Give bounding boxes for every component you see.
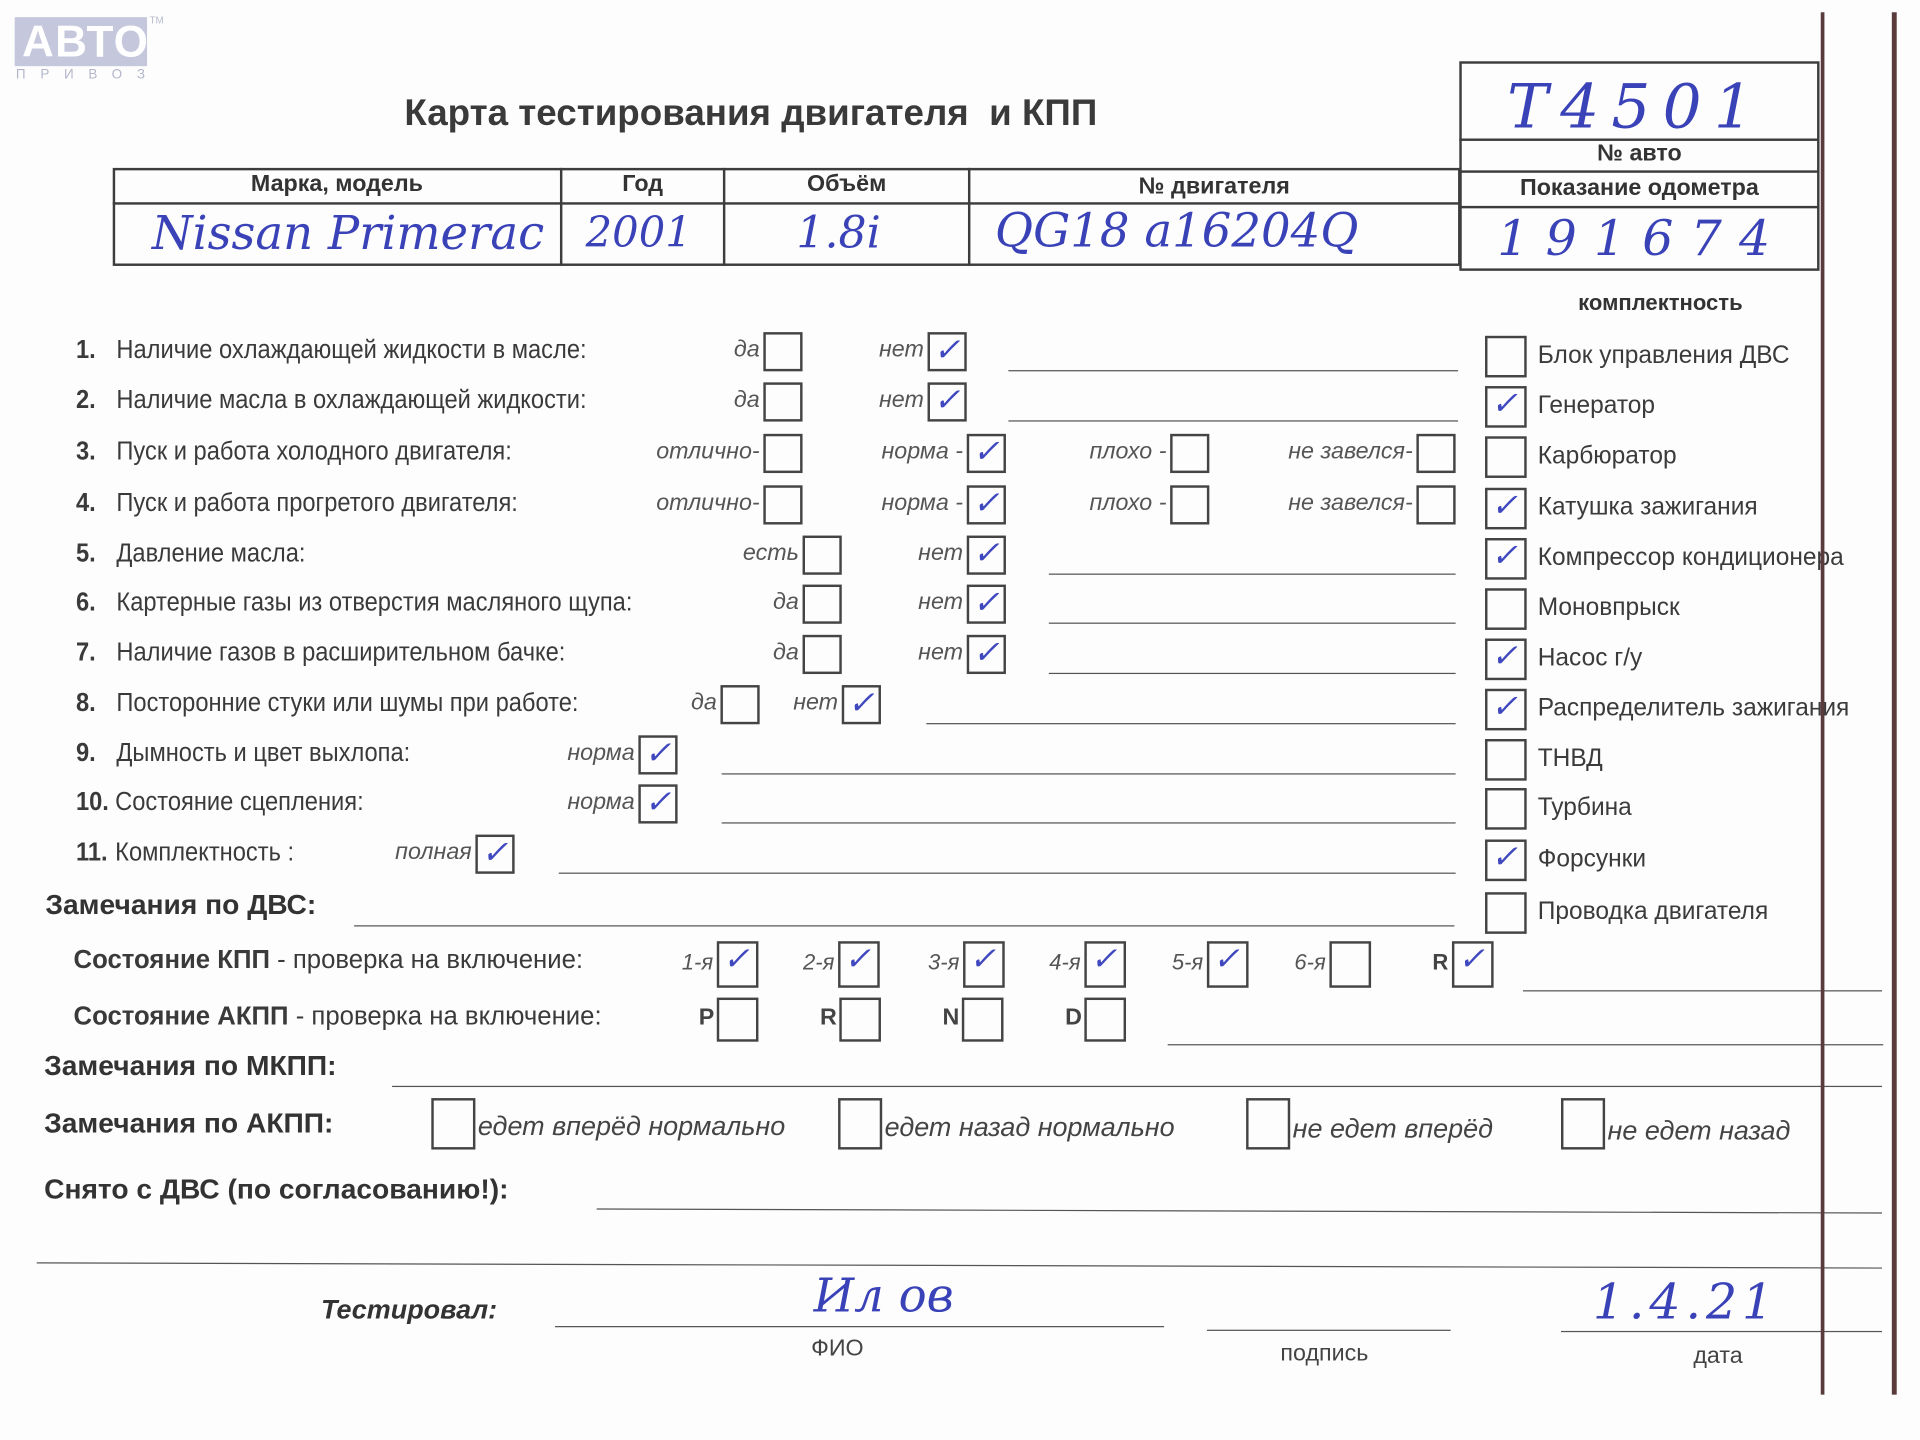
tester-name-value[interactable]: Ил ов — [814, 1268, 954, 1322]
completeness-checkbox[interactable] — [1485, 788, 1527, 830]
option-label: не завелся- — [1262, 439, 1413, 466]
akpp-remark-label: едет назад нормально — [885, 1112, 1175, 1144]
plate-number-value[interactable]: Т4501 — [1507, 71, 1765, 142]
volume-value[interactable]: 1.8i — [796, 208, 880, 258]
gear-label: 1-я — [662, 950, 713, 976]
date-line[interactable] — [1561, 1331, 1882, 1332]
mode-checkbox[interactable] — [1084, 998, 1126, 1042]
mode-label: R — [809, 1005, 837, 1032]
option-label: норма — [551, 789, 634, 816]
date-value[interactable]: 1.4.21 — [1593, 1275, 1778, 1331]
mode-checkbox[interactable] — [717, 998, 759, 1042]
question-number: 5. — [76, 539, 96, 568]
question-label: Пуск и работа прогретого двигателя: — [116, 489, 517, 518]
completeness-item-label: Турбина — [1538, 794, 1632, 822]
akpp-remarks-label: Замечания по АКПП: — [44, 1107, 333, 1140]
option-label: норма - — [858, 439, 963, 466]
option-label: нет — [901, 589, 963, 616]
option-checkbox[interactable] — [1170, 434, 1209, 473]
question-label: Наличие масла в охлаждающей жидкости: — [116, 386, 586, 415]
name-line[interactable] — [555, 1326, 1164, 1327]
remarks-line[interactable] — [926, 723, 1455, 724]
page-title: Карта тестирования двигателя и КПП — [404, 93, 1097, 135]
divider — [37, 1262, 1882, 1268]
question-number: 3. — [76, 438, 96, 467]
handwritten-check-icon: ✓ — [973, 488, 1000, 520]
name-caption: ФИО — [811, 1336, 864, 1363]
handwritten-check-icon: ✓ — [1090, 944, 1117, 976]
handwritten-check-icon: ✓ — [482, 837, 509, 869]
handwritten-check-icon: ✓ — [934, 335, 961, 367]
date-caption: дата — [1693, 1343, 1742, 1370]
question-number: 6. — [76, 588, 96, 617]
signature-line[interactable] — [1207, 1330, 1451, 1331]
option-checkbox[interactable] — [763, 382, 802, 421]
handwritten-check-icon: ✓ — [973, 538, 1000, 570]
completeness-item-label: Моновпрыск — [1538, 594, 1680, 622]
option-checkbox[interactable] — [763, 434, 802, 473]
mode-checkbox[interactable] — [839, 998, 881, 1042]
akpp-remark-checkbox[interactable] — [1246, 1098, 1290, 1149]
completeness-item-label: Генератор — [1538, 392, 1655, 420]
mode-label: D — [1054, 1005, 1082, 1032]
odometer-label: Показание одометра — [1459, 175, 1819, 202]
akpp-remarks-line[interactable] — [1168, 1044, 1884, 1045]
gear-label: 6-я — [1274, 950, 1325, 976]
plate-number-label: № авто — [1459, 141, 1819, 168]
handwritten-check-icon: ✓ — [1491, 540, 1518, 572]
gear-label: 5-я — [1152, 950, 1203, 976]
remarks-line[interactable] — [1049, 574, 1456, 575]
handwritten-check-icon: ✓ — [723, 944, 750, 976]
akpp-remark-checkbox[interactable] — [431, 1098, 475, 1149]
col-header-make-model: Марка, модель — [113, 172, 561, 199]
option-checkbox[interactable] — [763, 485, 802, 524]
remarks-line[interactable] — [722, 773, 1456, 774]
handwritten-check-icon: ✓ — [848, 688, 875, 720]
option-checkbox[interactable] — [803, 536, 842, 575]
gear-checkbox[interactable] — [1329, 941, 1371, 988]
option-label: да — [680, 690, 717, 717]
question-label: Дымность и цвет выхлопа: — [116, 739, 410, 768]
mode-label: N — [931, 1005, 959, 1032]
option-label: плохо - — [1066, 439, 1166, 466]
question-label: Наличие газов в расширительном бачке: — [116, 639, 565, 668]
option-label: отлично- — [613, 490, 760, 517]
option-checkbox[interactable] — [720, 685, 759, 724]
option-label: да — [686, 337, 760, 364]
year-value[interactable]: 2001 — [586, 208, 692, 257]
option-checkbox[interactable] — [803, 585, 842, 624]
handwritten-check-icon: ✓ — [1491, 388, 1518, 420]
question-number: 1. — [76, 336, 96, 365]
option-label: нет — [901, 540, 963, 567]
akpp-remark-label: не едет вперёд — [1293, 1113, 1493, 1145]
question-label: Наличие охлаждающей жидкости в масле: — [116, 336, 586, 365]
handwritten-check-icon: ✓ — [969, 944, 996, 976]
dvs-remarks-label: Замечания по ДВС: — [45, 889, 316, 922]
option-label: нет — [858, 337, 924, 364]
gear-label: 2-я — [784, 950, 834, 976]
completeness-item-label: Насос г/у — [1538, 645, 1643, 673]
handwritten-check-icon: ✓ — [1491, 490, 1518, 522]
question-label: Комплектность : — [115, 838, 294, 867]
handwritten-check-icon: ✓ — [1491, 842, 1518, 874]
option-checkbox[interactable] — [1416, 434, 1455, 473]
handwritten-check-icon: ✓ — [973, 436, 1000, 468]
divider — [1459, 170, 1819, 172]
option-label: полная — [380, 839, 472, 866]
question-number: 4. — [76, 489, 96, 518]
make-model-value[interactable]: Nissan Primerac — [152, 206, 544, 260]
handwritten-check-icon: ✓ — [644, 787, 671, 819]
mkpp-remarks-label: Замечания по МКПП: — [44, 1049, 336, 1082]
gear-label: R — [1409, 950, 1448, 976]
handwritten-check-icon: ✓ — [1491, 691, 1518, 723]
completeness-item-label: Катушка зажигания — [1538, 494, 1758, 522]
question-label: Давление масла: — [116, 539, 305, 568]
engine-test-card: АВТО TM ПРИВОЗ Карта тестирования двигат… — [0, 0, 1920, 1440]
removed-label: Снято с ДВС (по согласованию!): — [44, 1173, 508, 1206]
kpp-remarks-line[interactable] — [1523, 990, 1882, 991]
question-number: 10. — [76, 788, 109, 817]
handwritten-check-icon: ✓ — [1491, 641, 1518, 673]
mode-checkbox[interactable] — [962, 998, 1004, 1042]
question-label: Картерные газы из отверстия масляного щу… — [116, 588, 632, 617]
remarks-line[interactable] — [559, 873, 1456, 874]
remarks-line[interactable] — [1049, 623, 1456, 624]
gear-label: 3-я — [907, 950, 960, 976]
mkpp-remarks-line[interactable] — [392, 1086, 1882, 1087]
completeness-item-label: Компрессор кондиционера — [1538, 544, 1844, 572]
kpp-label: Состояние КПП - проверка на включение: — [74, 946, 584, 975]
remarks-line[interactable] — [1008, 420, 1458, 421]
completeness-item-label: Распределитель зажигания — [1538, 695, 1850, 723]
completeness-checkbox[interactable] — [1485, 588, 1527, 630]
handwritten-check-icon: ✓ — [1213, 944, 1240, 976]
odometer-value[interactable]: 191674 — [1497, 211, 1787, 267]
akpp-remark-checkbox[interactable] — [1561, 1098, 1605, 1149]
handwritten-check-icon: ✓ — [844, 944, 871, 976]
akpp-remark-checkbox[interactable] — [838, 1098, 882, 1149]
logo-brand: АВТО — [22, 15, 149, 69]
removed-line[interactable] — [597, 1208, 1882, 1213]
option-checkbox[interactable] — [803, 635, 842, 674]
tested-by-label: Тестировал: — [321, 1294, 497, 1326]
remarks-line[interactable] — [1049, 673, 1456, 674]
question-number: 9. — [76, 739, 96, 768]
handwritten-check-icon: ✓ — [644, 738, 671, 770]
page-edge-line — [1821, 12, 1825, 1394]
option-label: нет — [901, 640, 963, 667]
engine-number-value[interactable]: QG18 a16204Q — [995, 203, 1358, 257]
handwritten-check-icon: ✓ — [934, 385, 961, 417]
option-label: норма - — [858, 490, 963, 517]
completeness-item-label: Карбюратор — [1538, 442, 1677, 470]
completeness-checkbox[interactable] — [1485, 892, 1527, 934]
completeness-item-label: Блок управления ДВС — [1538, 342, 1790, 370]
completeness-item-label: ТНВД — [1538, 745, 1603, 773]
option-label: плохо - — [1066, 490, 1166, 517]
mode-label: P — [686, 1005, 714, 1032]
remarks-line[interactable] — [722, 822, 1456, 823]
logo-subtitle: ПРИВОЗ — [16, 67, 160, 82]
option-label: да — [760, 640, 799, 667]
question-label: Состояние сцепления: — [115, 788, 363, 817]
signature-caption: подпись — [1280, 1341, 1368, 1368]
gear-label: 4-я — [1029, 950, 1080, 976]
completeness-checkbox[interactable] — [1485, 739, 1527, 781]
completeness-checkbox[interactable] — [1485, 436, 1527, 478]
option-label: не завелся- — [1262, 490, 1413, 517]
option-label: да — [760, 589, 799, 616]
question-number: 11. — [76, 838, 108, 867]
option-label: есть — [723, 540, 799, 567]
option-label: нет — [858, 387, 924, 414]
page-edge-line — [1892, 12, 1897, 1394]
question-label: Посторонние стуки или шумы при работе: — [116, 689, 578, 718]
completeness-title: комплектность — [1578, 290, 1743, 316]
option-checkbox[interactable] — [1416, 485, 1455, 524]
col-header-engine-number: № двигателя — [969, 174, 1459, 201]
option-label: да — [686, 387, 760, 414]
logo-trademark: TM — [149, 15, 163, 26]
option-checkbox[interactable] — [763, 332, 802, 371]
question-label: Пуск и работа холодного двигателя: — [116, 438, 511, 467]
divider — [1459, 206, 1819, 208]
option-label: нет — [782, 690, 838, 717]
handwritten-check-icon: ✓ — [1458, 944, 1485, 976]
remarks-line[interactable] — [1008, 370, 1458, 371]
col-header-volume: Объём — [724, 172, 969, 199]
handwritten-check-icon: ✓ — [973, 637, 1000, 669]
option-label: отлично- — [613, 439, 760, 466]
handwritten-check-icon: ✓ — [973, 587, 1000, 619]
completeness-item-label: Проводка двигателя — [1538, 898, 1769, 926]
akpp-remark-label: едет вперёд нормально — [478, 1110, 785, 1142]
question-number: 7. — [76, 639, 96, 668]
akpp-label: Состояние АКПП - проверка на включение: — [74, 1002, 602, 1031]
completeness-checkbox[interactable] — [1485, 336, 1527, 378]
completeness-item-label: Форсунки — [1538, 846, 1646, 874]
question-number: 2. — [76, 386, 96, 415]
col-header-year: Год — [561, 172, 724, 199]
option-label: норма — [551, 740, 634, 767]
option-checkbox[interactable] — [1170, 485, 1209, 524]
question-number: 8. — [76, 689, 96, 718]
dvs-remarks-line[interactable] — [354, 925, 1454, 926]
akpp-remark-label: не едет назад — [1608, 1115, 1791, 1147]
